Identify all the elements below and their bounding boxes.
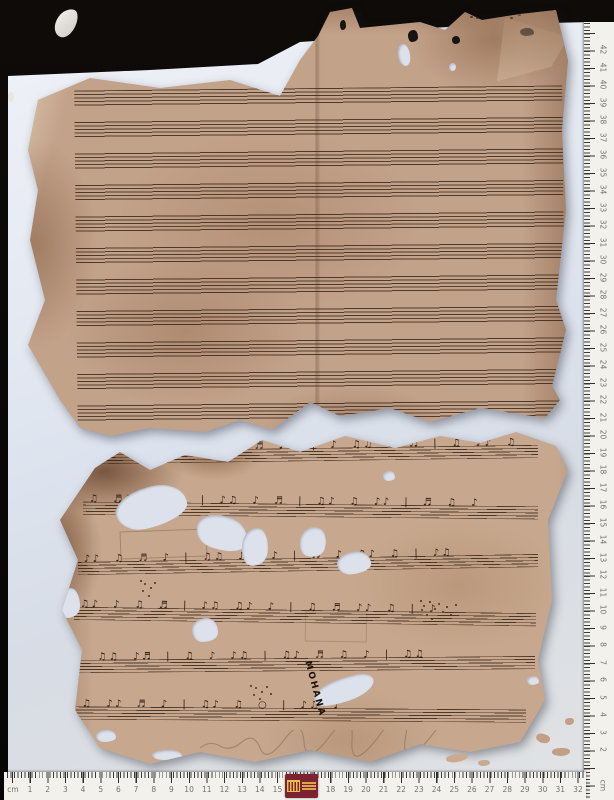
ruler-label: 28 [500,785,514,794]
ruler-label: 15 [270,785,284,794]
ruler-label: 7 [129,785,143,794]
bottom-fragment-paper: ♪♫ ♪♪ ♫ ♪ | ♫♪ ♬ ♪♫ | ♪ ♫♫ ♪ ♬ | ♫ ♪♪ ♫ … [50,430,595,775]
ruler-label: 6 [111,785,125,794]
ruler-label: 29 [599,270,608,284]
ruler-label: 5 [599,690,608,704]
ruler-label: 19 [599,445,608,459]
faded-inscription [200,730,460,758]
ruler-label: 30 [599,253,608,267]
ruler-label: 18 [599,463,608,477]
ruler-label: 11 [599,585,608,599]
paper-hole [383,471,395,481]
folded-corner-flap [482,3,575,82]
paper-hole [111,478,191,535]
ruler-label: 3 [58,785,72,794]
ruler-label: 39 [599,95,608,109]
ruler-label: 22 [599,393,608,407]
ruler-label: 27 [599,305,608,319]
ruler-label: 33 [599,200,608,214]
ruler-label: 13 [599,550,608,564]
ruler-label: 16 [599,498,608,512]
ruler-label: 31 [553,785,567,794]
ruler-label: 30 [536,785,550,794]
ruler-label: 19 [341,785,355,794]
ruler-label: 10 [182,785,196,794]
logo-text-lines [302,782,316,790]
library-building-icon [287,780,300,792]
pencil-box [305,611,368,642]
pencil-box [120,528,208,559]
ruler-label: 14 [253,785,267,794]
ruler-label: 20 [359,785,373,794]
ruler-label: 2 [41,785,55,794]
ruler-label: 10 [599,603,608,617]
paper-speck [8,92,14,102]
ruler-label: 6 [599,673,608,687]
scan-canvas: ♪♫ ♪♪ ♫ ♪ | ♫♪ ♬ ♪♫ | ♪ ♫♫ ♪ ♬ | ♫ ♪♪ ♫ … [0,0,614,800]
ink-speckles [250,685,252,687]
ruler-label: 18 [323,785,337,794]
paper-hole [58,588,80,618]
tear-hole [408,30,418,42]
ruler-label: 27 [483,785,497,794]
manuscript-stave: ♫ ♪♪ ♬ ♪ | ♫♪ ♫ ○ | ♪♫ ♪ [76,706,526,722]
top-fragment-paper [18,4,578,440]
ruler-label: 34 [599,183,608,197]
ruler-label: 15 [599,515,608,529]
ruler-label: 42 [599,43,608,57]
paper-hole [192,618,218,642]
ruler-label: 38 [599,113,608,127]
paper-hole [96,730,116,742]
ruler-label: 12 [599,568,608,582]
ruler-label: 11 [200,785,214,794]
ruler-label: 36 [599,148,608,162]
ruler-label: 25 [447,785,461,794]
ruler-label: 13 [235,785,249,794]
ruler-label: 31 [599,235,608,249]
ruler-label: 23 [599,375,608,389]
ruler-label: 35 [599,165,608,179]
ruler-label: 24 [430,785,444,794]
ruler-label: 8 [147,785,161,794]
ruler-label: 41 [599,60,608,74]
paper-hole [527,676,539,685]
ruler-label: 24 [599,358,608,372]
paper-hole [62,740,76,749]
tear-hole [340,20,346,30]
ruler-label: 29 [518,785,532,794]
ruler-label: 4 [76,785,90,794]
ruler-label: 12 [217,785,231,794]
paper-hole [449,63,456,71]
blank-staves [74,85,566,434]
ruler-label: 5 [94,785,108,794]
ruler-label: 14 [599,533,608,547]
ruler-label: 32 [571,785,585,794]
ink-speckles [140,580,142,582]
ruler-label: 32 [599,218,608,232]
ruler-label: 9 [599,620,608,634]
manuscript-stave: ♪♫ ♪♪ ♫ ♪ | ♫♪ ♬ ♪♫ | ♪ ♫♫ ♪ ♬ | ♫ ♪♪ ♫ [88,445,538,464]
faint-ink-marks [470,16,473,18]
ruler-label: 23 [412,785,426,794]
ruler-label: 28 [599,288,608,302]
ruler-label: 1 [23,785,37,794]
ruler-label: 22 [394,785,408,794]
ruler-unit-label: cm [6,785,20,794]
ruler-label: 20 [599,428,608,442]
ruler-label: 4 [599,708,608,722]
tear-hole [452,36,460,44]
ruler-label: 7 [599,655,608,669]
ruler-label: 2 [599,743,608,757]
paper-hole [152,750,182,760]
ruler-label: 8 [599,638,608,652]
vertical-ruler: 2345678910111213141516171819202122232425… [584,22,614,800]
handwritten-notes: ♪♫ ♪♪ ♫ ♪ | ♫♪ ♬ ♪♫ | ♪ ♫♫ ♪ ♬ | ♫ ♪♪ ♫ [94,437,538,454]
ruler-label: 40 [599,78,608,92]
ruler-label: 26 [465,785,479,794]
ruler-label: 21 [599,410,608,424]
top-fragment [18,4,578,440]
ruler-label: 3 [599,725,608,739]
ruler-label: 26 [599,323,608,337]
handwritten-notes: ♫ ♪♪ ♬ ♪ | ♫♪ ♫ ○ | ♪♫ ♪ [82,698,526,712]
paper-hole [395,43,412,67]
bottom-fragment: ♪♫ ♪♪ ♫ ♪ | ♫♪ ♬ ♪♫ | ♪ ♫♫ ♪ ♬ | ♫ ♪♪ ♫ … [50,430,595,775]
ruler-label: 37 [599,130,608,144]
ruler-label: 25 [599,340,608,354]
ruler-label: 17 [599,480,608,494]
ink-speckles [420,600,422,602]
ruler-label: 21 [377,785,391,794]
library-logo-badge [285,774,318,798]
ruler-unit-label: cm [599,779,608,793]
ruler-label: 9 [164,785,178,794]
